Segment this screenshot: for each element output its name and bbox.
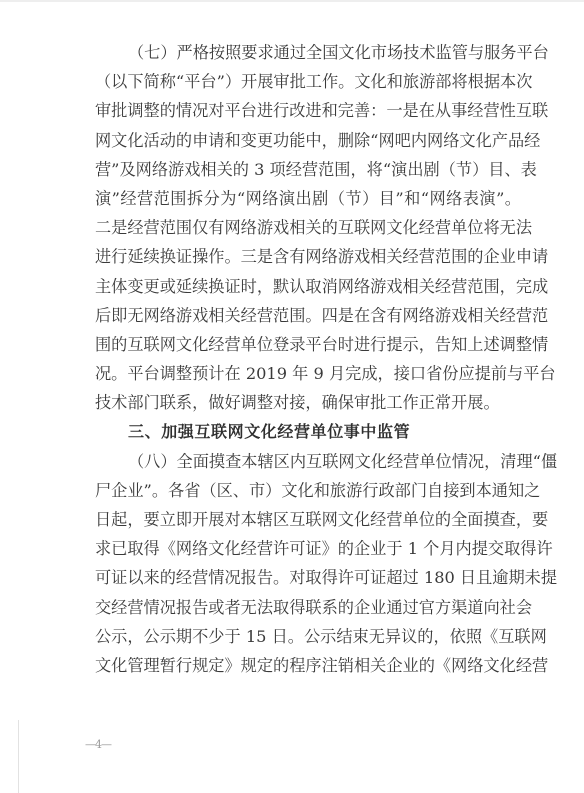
text-line: 求已取得《网络文化经营许可证》的企业于 1 个月内提交取得许: [95, 534, 521, 563]
text-line: 况。平台调整预计在 2019 年 9 月完成，接口省份应提前与平台: [95, 359, 521, 388]
text-line: （以下简称“平台”）开展审批工作。文化和旅游部将根据本次: [95, 67, 521, 96]
text-line: 围的互联网文化经营单位登录平台时进行提示，告知上述调整情: [95, 330, 521, 359]
text-line: 审批调整的情况对平台进行改进和完善：一是在从事经营性互联: [95, 96, 521, 125]
text-line: 演”经营范围拆分为“网络演出剧（节）目”和“网络表演”。: [95, 184, 521, 213]
text-line: 后即无网络游戏相关经营范围。四是在含有网络游戏相关经营范: [95, 301, 521, 330]
document-body: （七）严格按照要求通过全国文化市场技术监管与服务平台 （以下简称“平台”）开展审…: [95, 38, 521, 680]
page-number: —4—: [85, 738, 111, 751]
text-line: 营”及网络游戏相关的 3 项经营范围，将“演出剧（节）目、表: [95, 155, 521, 184]
text-line: （七）严格按照要求通过全国文化市场技术监管与服务平台: [95, 38, 521, 67]
page-left-edge: [18, 720, 19, 793]
text-line: 二是经营范围仅有网络游戏相关的互联网文化经营单位将无法: [95, 213, 521, 242]
text-line: （八）全面摸查本辖区内互联网文化经营单位情况，清理“僵: [95, 447, 521, 476]
text-line: 可证以来的经营情况报告。对取得许可证超过 180 日且逾期未提: [95, 563, 521, 592]
text-line: 公示，公示期不少于 15 日。公示结束无异议的，依照《互联网: [95, 622, 521, 651]
text-line: 网文化活动的申请和变更功能中，删除“网吧内网络文化产品经: [95, 126, 521, 155]
paragraph-7: （七）严格按照要求通过全国文化市场技术监管与服务平台 （以下简称“平台”）开展审…: [95, 38, 521, 417]
text-line: 进行延续换证操作。三是含有网络游戏相关经营范围的企业申请: [95, 242, 521, 271]
page-top-edge: [0, 0, 584, 2]
text-line: 主体变更或延续换证时，默认取消网络游戏相关经营范围，完成: [95, 272, 521, 301]
text-line: 日起，要立即开展对本辖区互联网文化经营单位的全面摸查，要: [95, 505, 521, 534]
text-line: 尸企业”。各省（区、市）文化和旅游行政部门自接到本通知之: [95, 476, 521, 505]
section-heading: 三、加强互联网文化经营单位事中监管: [95, 417, 521, 446]
text-line: 交经营情况报告或者无法取得联系的企业通过官方渠道向社会: [95, 593, 521, 622]
paragraph-8: （八）全面摸查本辖区内互联网文化经营单位情况，清理“僵 尸企业”。各省（区、市）…: [95, 447, 521, 681]
section-3-heading: 三、加强互联网文化经营单位事中监管: [95, 417, 521, 446]
text-line: 文化管理暂行规定》规定的程序注销相关企业的《网络文化经营: [95, 651, 521, 680]
text-line: 技术部门联系，做好调整对接，确保审批工作正常开展。: [95, 388, 521, 417]
